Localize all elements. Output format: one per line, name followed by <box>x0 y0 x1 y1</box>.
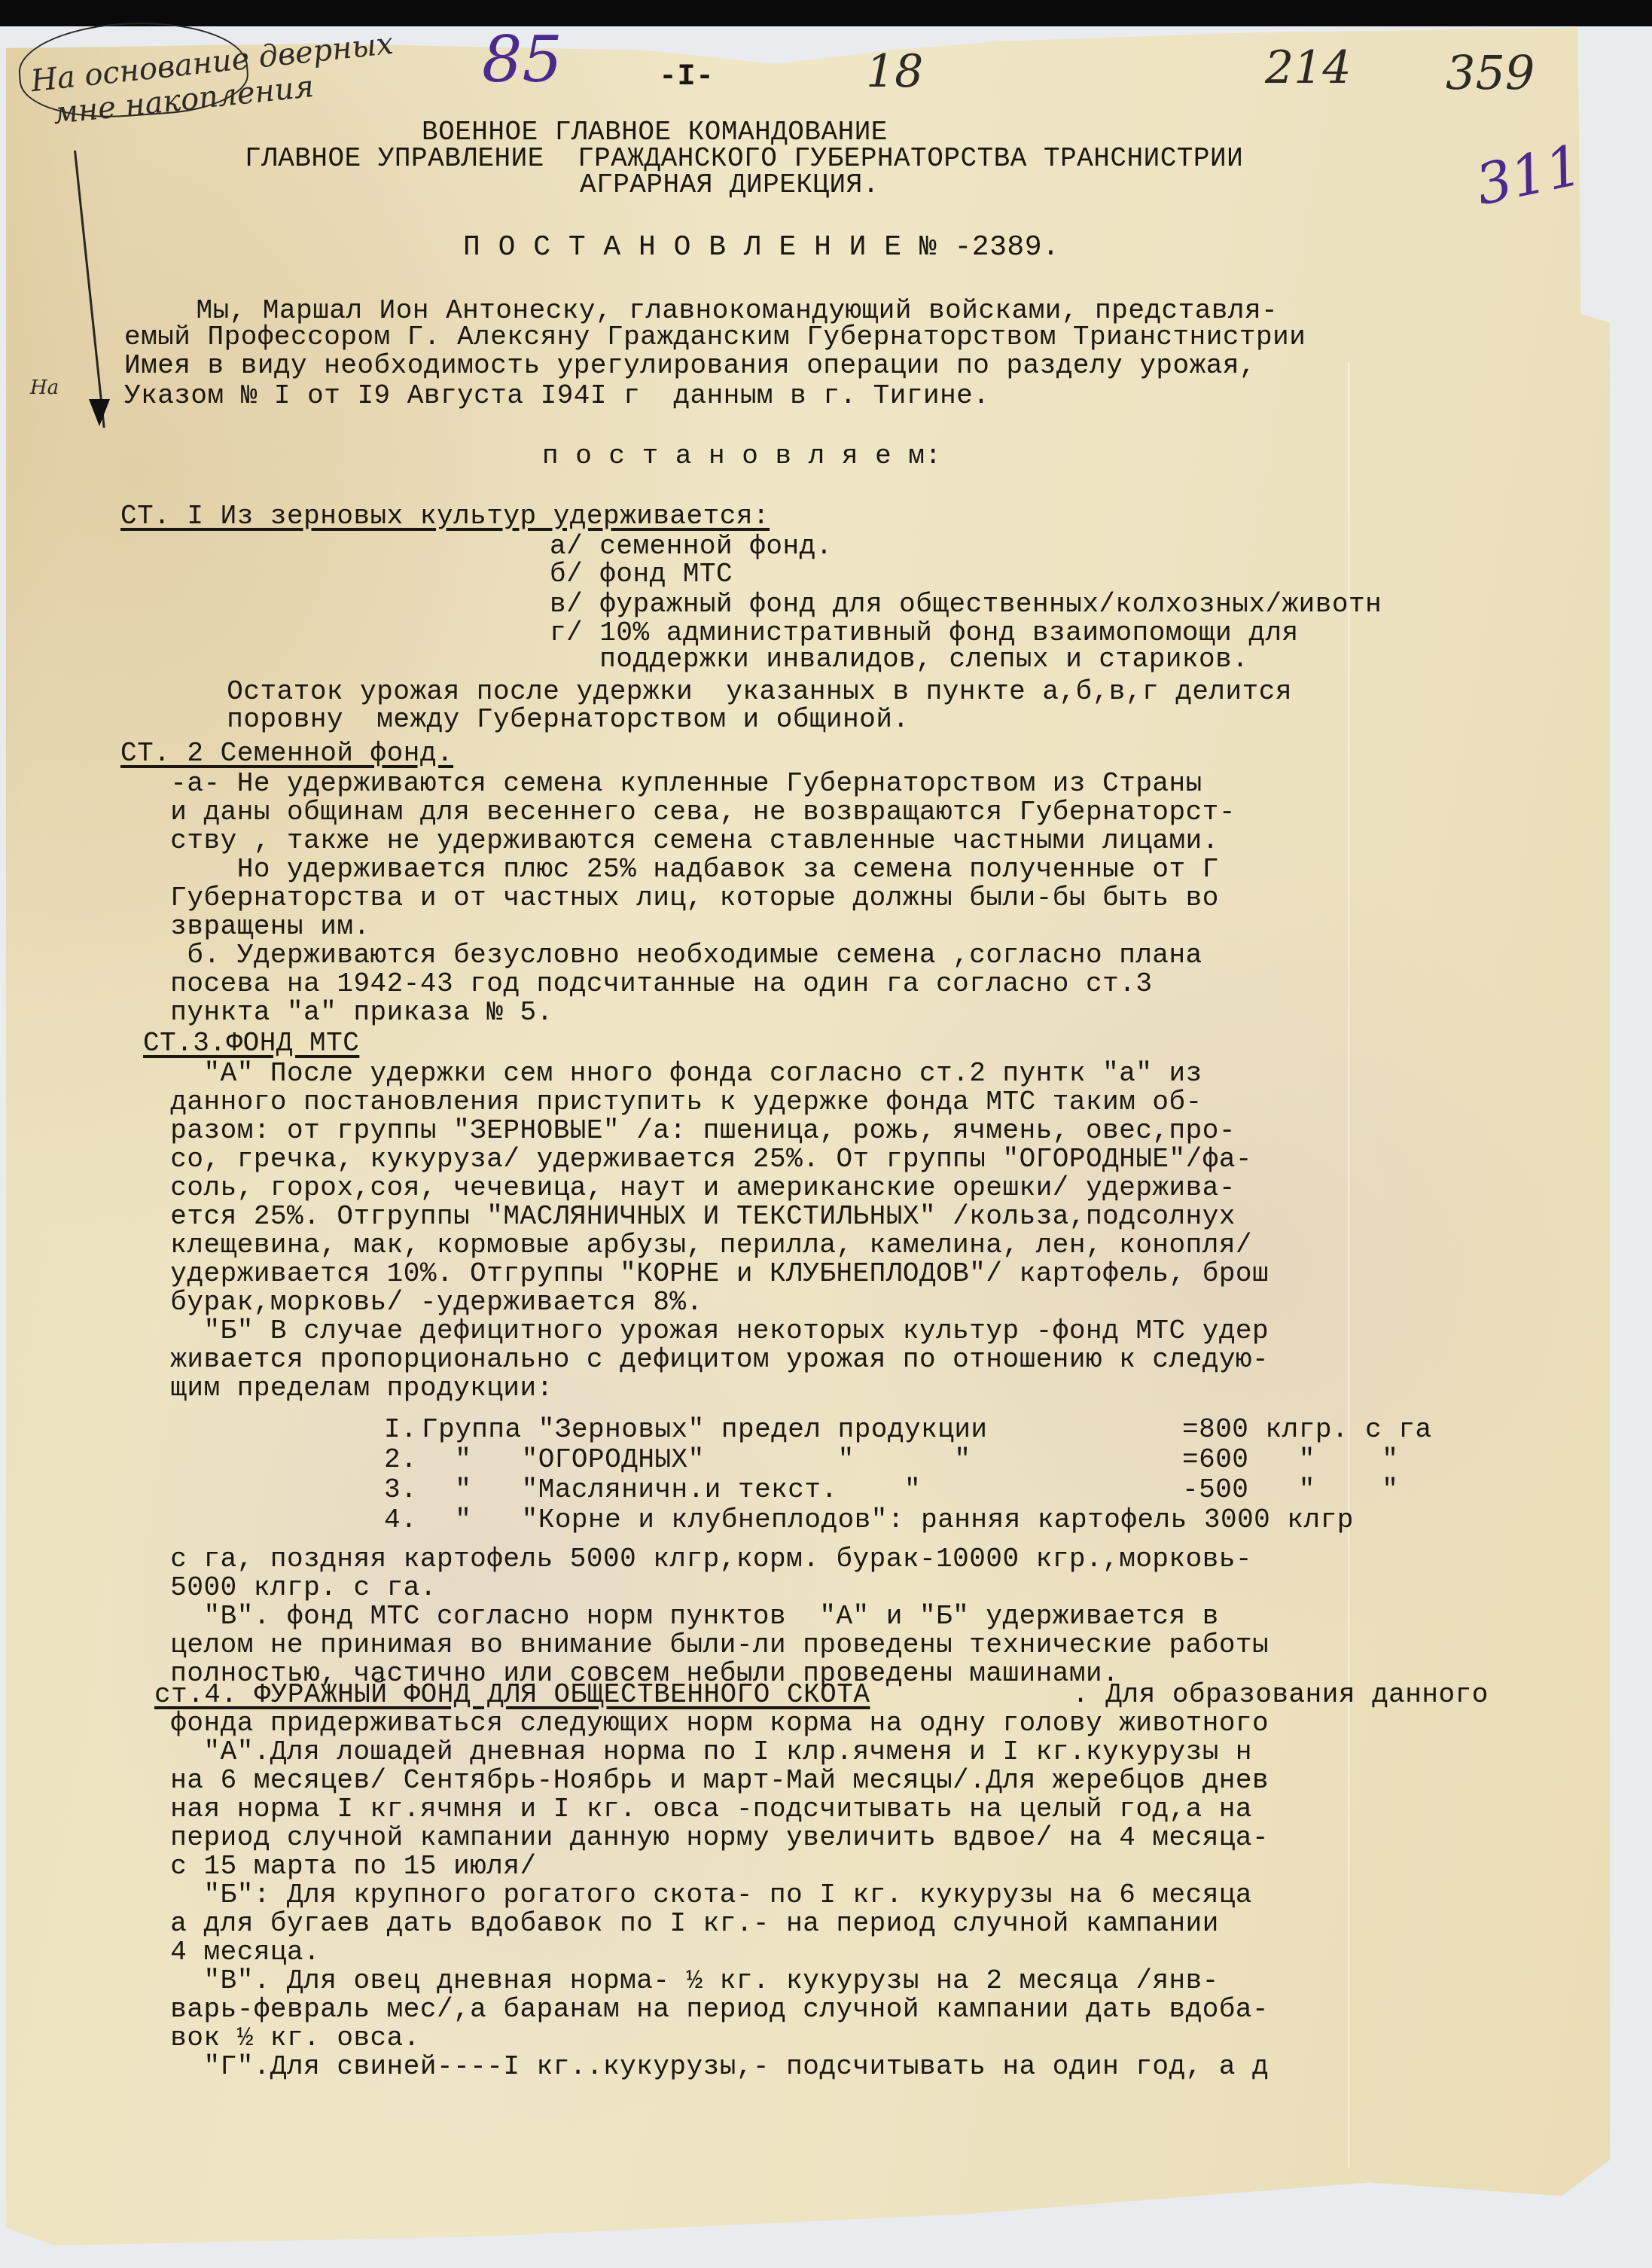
arrow-label: На <box>30 376 59 399</box>
typed-line: 5000 клгр. с га. <box>120 1572 437 1604</box>
pencil-number-214: 214 <box>1265 41 1352 94</box>
article-1-item-g-cont: поддержки инвалидов, слепых и стариков. <box>550 644 1248 675</box>
typed-line: данного постановления приступить к удерж… <box>120 1087 1202 1118</box>
decree-word: п о с т а н о в л я е м: <box>542 440 941 472</box>
typed-line: бурак,морковь/ -удерживается 8%. <box>120 1287 703 1318</box>
typed-line: фонда придерживаться следующих норм корм… <box>120 1708 1269 1739</box>
page-number: -I- <box>659 62 715 93</box>
typed-line: "В". Для овец дневная норма- ½ кг. кукур… <box>120 1965 1219 1997</box>
article-4-heading: ст.4. ФУРАЖНЫЙ ФОНД ДЛЯ ОБЩЕСТВЕННОГО СК… <box>154 1679 870 1711</box>
typed-line: "А" После удержки сем нного фонда соглас… <box>120 1058 1202 1090</box>
article-1-remainder-2: поровну между Губернаторством и общиной. <box>177 704 910 736</box>
typed-line: ству , также не удерживаются семена став… <box>120 825 1219 857</box>
limit-group: " "Масляничн.и текст. " <box>422 1474 921 1506</box>
typed-line: "Б": Для крупного рогатого скота- по I к… <box>120 1879 1252 1911</box>
typed-line: период случной кампании данную норму уве… <box>120 1822 1269 1854</box>
typed-line: а для бугаев дать вдобавок по I кг.- на … <box>120 1908 1219 1940</box>
document-title: П О С Т А Н О В Л Е Н И Е № -2389. <box>463 232 1059 264</box>
typed-line: клещевина, мак, кормовые арбузы, перилла… <box>120 1230 1252 1261</box>
typed-line: 4 месяца. <box>120 1937 320 1968</box>
typed-line: -а- Не удерживаются семена купленные Губ… <box>120 768 1202 800</box>
limit-number: I. <box>384 1414 417 1446</box>
article-1-heading: СТ. I Из зерновых культур удерживается: <box>120 501 770 532</box>
typed-line: и даны общинам для весеннего сева, не во… <box>120 797 1236 828</box>
header-line-3: АГРАРНАЯ ДИРЕКЦИЯ. <box>580 169 879 201</box>
limit-group: " "ОГОРОДНЫХ" " " <box>422 1444 971 1476</box>
typed-line: звращены им. <box>120 911 370 943</box>
typed-line: пункта "а" приказа № 5. <box>120 997 553 1029</box>
article-4-heading-tail: . Для образования данного <box>1039 1679 1489 1711</box>
limit-group: " "Корне и клубнеплодов": ранняя картофе… <box>422 1504 1354 1536</box>
typed-line: щим пределам продукции: <box>120 1373 553 1404</box>
typed-line: "В". фонд МТС согласно норм пунктов "А" … <box>120 1601 1219 1632</box>
typed-line: разом: от группы "ЗЕРНОВЫЕ" /а: пшеница,… <box>120 1115 1236 1147</box>
typed-line: "Г".Для свиней----I кг..кукурузы,- подсч… <box>120 2051 1269 2083</box>
typed-line: с 15 марта по 15 июля/ <box>120 1851 537 1882</box>
preamble-line-4: Указом № I от I9 Августа I94I г данным в… <box>124 380 989 412</box>
preamble-line-3: Имея в виду необходимость урегулирования… <box>124 350 1256 382</box>
preamble-line-2: емый Профессором Г. Алексяну Гражданским… <box>124 322 1306 353</box>
arrow-head-icon <box>89 399 110 426</box>
typed-line: целом не принимая во внимание были-ли пр… <box>120 1629 1269 1661</box>
article-2-heading: СТ. 2 Семенной фонд. <box>120 738 453 770</box>
typed-line: живается пропорционально с дефицитом уро… <box>120 1344 1269 1376</box>
typed-line: варь-февраль мес/,а баранам на период сл… <box>120 1994 1269 2026</box>
typed-line: ная норма I кг.ячмня и I кг. овса -подсч… <box>120 1794 1252 1825</box>
limit-number: 2. <box>384 1444 417 1476</box>
article-1-item-b: б/ фонд МТС <box>550 559 733 590</box>
typed-line: с га, поздняя картофель 5000 клгр,корм. … <box>120 1544 1252 1575</box>
typed-line: ется 25%. Отгруппы "МАСЛЯНИЧНЫХ И ТЕКСТИ… <box>120 1201 1236 1233</box>
typed-line: вок ½ кг. овса. <box>120 2023 420 2054</box>
article-1-item-v: в/ фуражный фонд для общественных/колхоз… <box>550 589 1382 620</box>
typed-line: на 6 месяцев/ Сентябрь-Ноябрь и март-Май… <box>120 1765 1269 1797</box>
limit-number: 3. <box>384 1474 417 1506</box>
typed-line: б. Удерживаются безусловно необходимые с… <box>120 940 1202 971</box>
article-1-item-a: а/ семенной фонд. <box>550 531 833 562</box>
article-3-heading: СТ.3.ФОНД МТС <box>143 1028 359 1059</box>
limit-number: 4. <box>384 1504 417 1536</box>
pencil-number-359: 359 <box>1446 45 1535 100</box>
typed-line: Но удерживается плюс 25% надбавок за сем… <box>120 854 1219 886</box>
article-1-remainder-1: Остаток урожая после удержки указанных в… <box>177 676 1292 708</box>
typed-line: "Б" В случае дефицитного урожая некоторы… <box>120 1315 1269 1347</box>
violet-stamp-number: 85 <box>482 23 562 96</box>
paper-fold-line <box>1348 361 1350 2169</box>
typed-line: Губернаторства и от частных лиц, которые… <box>120 883 1219 914</box>
typed-line: соль, горох,соя, чечевица, наут и америк… <box>120 1172 1236 1204</box>
typed-line: "А".Для лошадей дневная норма по I клр.я… <box>120 1736 1252 1768</box>
pencil-number-18: 18 <box>866 45 923 98</box>
typed-line: со, гречка, кукуруза/ удерживается 25%. … <box>120 1144 1252 1175</box>
limit-value: =600 " " <box>1182 1444 1398 1476</box>
limit-value: -500 " " <box>1182 1474 1398 1506</box>
typed-line: удерживается 10%. Отгруппы "КОРНЕ и КЛУБ… <box>120 1258 1269 1290</box>
limit-value: =800 клгр. с га <box>1182 1414 1432 1446</box>
typed-line: посева на 1942-43 год подсчитанные на од… <box>120 968 1152 1000</box>
limit-group: Группа "Зерновых" предел продукции <box>422 1414 988 1446</box>
